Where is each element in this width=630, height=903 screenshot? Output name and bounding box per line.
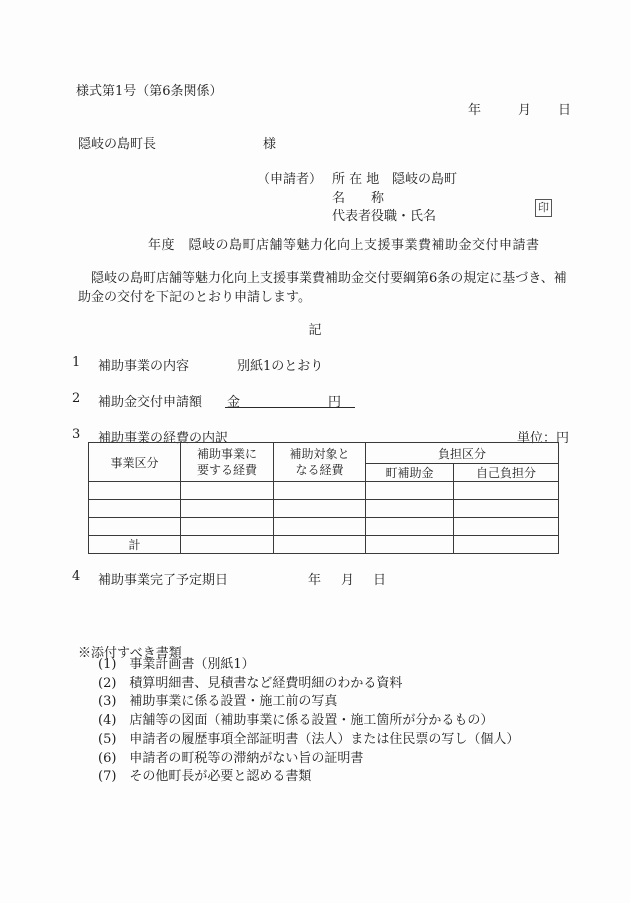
applicant-label: （申請者） (257, 168, 322, 187)
table-row-total: 計 (89, 536, 559, 554)
item4-month-label: 月 (341, 569, 354, 588)
record-mark: 記 (0, 319, 630, 338)
th-project-cost: 補助事業に 要する経費 (181, 443, 274, 482)
amount-fill-line: 金 円 (225, 391, 355, 408)
amount-prefix: 金 (227, 391, 240, 410)
item3-number: 3 (72, 427, 80, 442)
attachment-item-7: (7) その他町長が必要と認める書類 (98, 768, 519, 787)
item4-year-label: 年 (308, 569, 321, 588)
form-number: 様式第1号（第6条関係） (76, 80, 223, 99)
table-row-empty-3 (89, 518, 559, 536)
attachments-list: (1) 事業計画書（別紙1） (2) 積算明細書、見積書など経費明細のわかる資料… (98, 656, 519, 787)
attachment-item-1: (1) 事業計画書（別紙1） (98, 656, 519, 675)
th-category: 事業区分 (89, 443, 181, 482)
total-label: 計 (89, 536, 181, 554)
item4-day-label: 日 (373, 569, 386, 588)
body-paragraph: 隠岐の島町店舗等魅力化向上支援事業費補助金交付要綱第6条の規定に基づき、補助金の… (78, 269, 572, 307)
th-project-cost-line1: 補助事業に (181, 446, 273, 462)
expense-table: 事業区分 補助事業に 要する経費 補助対象と なる経費 負担区分 町補助金 自己… (88, 442, 559, 554)
attachment-item-5: (5) 申請者の履歴事項全部証明書（法人）または住民票の写し（個人） (98, 731, 519, 750)
th-eligible-cost-line1: 補助対象と (274, 446, 365, 462)
th-town-subsidy: 町補助金 (366, 464, 454, 482)
th-burden-group: 負担区分 (366, 443, 559, 464)
th-eligible-cost-line2: なる経費 (274, 462, 365, 478)
applicant-name-label: 名 称 (332, 187, 384, 206)
attachment-item-3: (3) 補助事業に係る設置・施工前の写真 (98, 693, 519, 712)
item2-number: 2 (72, 391, 80, 406)
applicant-address-value: 隠岐の島町 (392, 168, 457, 187)
application-form-page: 様式第1号（第6条関係） 年 月 日 隠岐の島町長 様 （申請者） 所 在 地 … (0, 0, 630, 903)
th-project-cost-line2: 要する経費 (181, 462, 273, 478)
addressee-name: 隠岐の島町長 (78, 133, 156, 152)
table-row-empty-1 (89, 482, 559, 500)
item4-label: 補助事業完了予定期日 (98, 569, 228, 588)
attachment-item-6: (6) 申請者の町税等の滞納がない旨の証明書 (98, 750, 519, 769)
item4-number: 4 (72, 569, 80, 584)
item1-value: 別紙1のとおり (237, 355, 323, 374)
addressee-honorific: 様 (263, 133, 276, 152)
date-year-label: 年 (468, 99, 481, 118)
th-eligible-cost: 補助対象と なる経費 (274, 443, 366, 482)
th-self-burden: 自己負担分 (454, 464, 559, 482)
applicant-address-label: 所 在 地 (332, 168, 379, 187)
item1-number: 1 (72, 355, 80, 370)
amount-suffix: 円 (328, 391, 341, 410)
seal-box: 印 (535, 199, 552, 217)
item1-label: 補助事業の内容 (98, 355, 189, 374)
attachment-item-4: (4) 店舗等の図面（補助事業に係る設置・施工箇所が分かるもの） (98, 712, 519, 731)
document-title: 年度 隠岐の島町店舗等魅力化向上支援事業費補助金交付申請書 (148, 234, 540, 253)
date-day-label: 日 (558, 99, 571, 118)
attachment-item-2: (2) 積算明細書、見積書など経費明細のわかる資料 (98, 675, 519, 694)
applicant-representative-label: 代表者役職・氏名 (332, 205, 436, 224)
item2-label: 補助金交付申請額 (98, 391, 202, 410)
table-row-empty-2 (89, 500, 559, 518)
date-month-label: 月 (518, 99, 531, 118)
